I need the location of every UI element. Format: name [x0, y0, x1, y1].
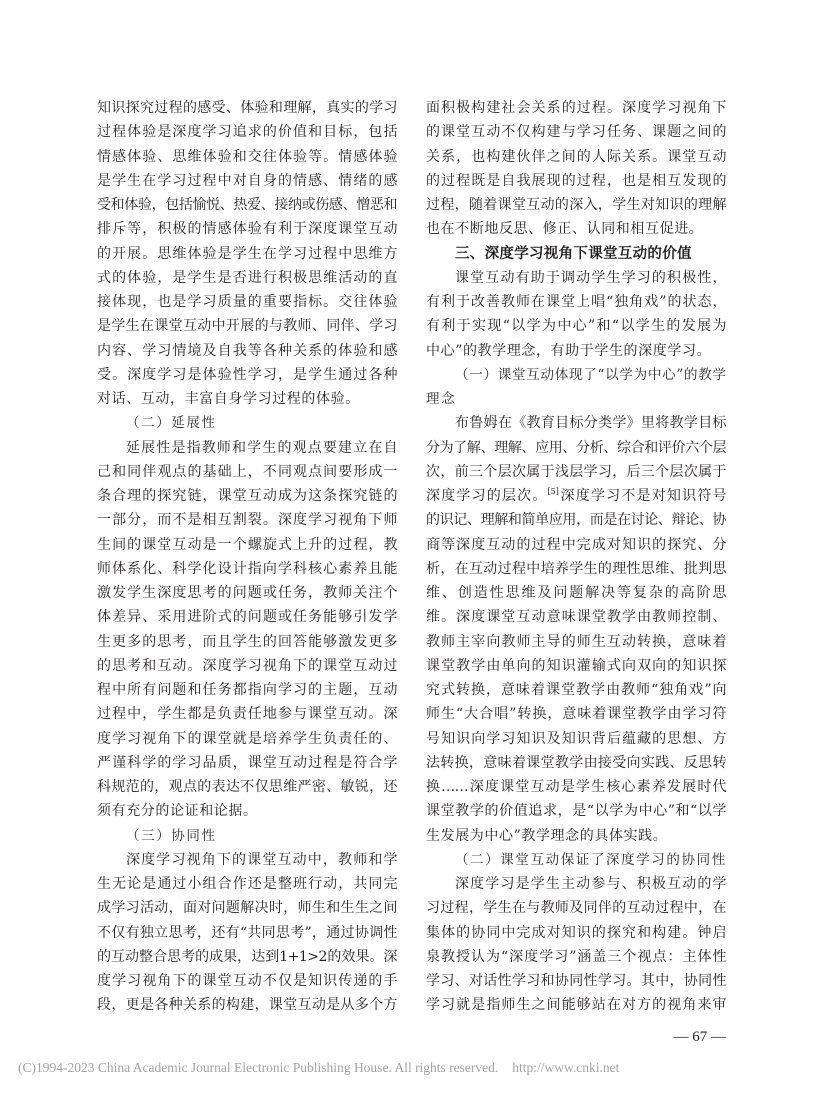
text-line: 次，前三个层次属于浅层学习，后三个层次属于: [426, 460, 726, 484]
text-line: 的互动整合思考的成果，达到1+1>2的效果。深: [97, 945, 397, 969]
text-line: 维。深度课堂互动意味课堂教学由教师控制、: [426, 605, 726, 629]
page-number: — 67 —: [674, 1027, 727, 1047]
text-line: 延展性是指教师和学生的观点要建立在自: [97, 436, 397, 460]
text-line: 课堂互动有助于调动学生学习的积极性，: [426, 266, 726, 290]
text-line: 生无论是通过小组合作还是整班行动，共同完: [97, 872, 397, 896]
text-line: 不仅有独立思考，还有“共同思考”，通过协调性: [97, 921, 397, 945]
subheading-learning-centered: （一）课堂互动体现了“以学为中心”的教学 理念: [426, 363, 726, 412]
text-line: 过程中，学生都是负责任地参与课堂互动。深: [97, 702, 397, 726]
text-line: 有利于改善教师在课堂上唱“独角戏”的状态，: [426, 290, 726, 314]
text-line: 生更多的思考，而且学生的回答能够激发更多: [97, 630, 397, 654]
text-line: 法转换，意味着课堂教学由接受向实践、反思转: [426, 751, 726, 775]
text-line: 商等深度互动的过程中完成对知识的探究、分: [426, 533, 726, 557]
text-line: 面积极构建社会关系的过程。深度学习视角下: [426, 96, 726, 120]
paragraph: 布鲁姆在《教育目标分类学》里将教学目标 分为了解、理解、应用、分析、综合和评价六…: [426, 411, 726, 848]
text-line: 度学习视角下的课堂互动不仅是知识传递的手: [97, 969, 397, 993]
paragraph: 深度学习视角下的课堂互动中，教师和学 生无论是通过小组合作还是整班行动，共同完 …: [97, 848, 397, 1018]
text-line: 过程体验是深度学习追求的价值和目标，包括: [97, 120, 397, 144]
text-line: 己和同伴观点的基础上，不同观点间要形成一: [97, 460, 397, 484]
text-line: 生间的课堂互动是一个螺旋式上升的过程，教: [97, 533, 397, 557]
paragraph: 面积极构建社会关系的过程。深度学习视角下 的课堂互动不仅构建与学习任务、课题之间…: [426, 96, 726, 242]
copyright-footer: (C)1994-2023 China Academic Journal Elec…: [18, 1059, 619, 1077]
citation-marker: [5]: [548, 487, 559, 496]
text-fragment: 深度学习不是对知识符号: [559, 488, 726, 504]
text-line: 受。深度学习是体验性学习，是学生通过各种: [97, 363, 397, 387]
text-line: 师体系化、科学化设计指向学科核心素养且能: [97, 557, 397, 581]
text-line: 段，更是各种关系的构建，课堂互动是从多个方: [97, 993, 397, 1017]
text-line: 情感体验、思维体验和交往体验等。情感体验: [97, 145, 397, 169]
text-line: 课堂教学由单向的知识灌输式向双向的知识探: [426, 654, 726, 678]
subheading-synergy: （三）协同性: [97, 824, 397, 848]
text-line: 受和体验，包括愉悦、热爱、接纳或伤感、憎恶和: [97, 193, 397, 217]
subheading-line: 理念: [426, 387, 726, 411]
text-line: 教师主宰向教师主导的师生互动转换，意味着: [426, 630, 726, 654]
footer-url: http://www.cnki.net: [512, 1060, 619, 1075]
text-line: 集体的协同中完成对知识的探究和构建。钟启: [426, 921, 726, 945]
subheading-line: （一）课堂互动体现了“以学为中心”的教学: [426, 363, 726, 387]
text-line: 一部分，而不是相互割裂。深度学习视角下师: [97, 508, 397, 532]
text-line: 的过程既是自我展现的过程，也是相互发现的: [426, 169, 726, 193]
text-line: 关系，也构建伙伴之间的人际关系。课堂互动: [426, 145, 726, 169]
text-line: 有利于实现“以学为中心”和“以学生的发展为: [426, 314, 726, 338]
text-fragment: 深度学习的层次。: [426, 488, 548, 504]
text-line: 接体现，也是学习质量的重要指标。交往体验: [97, 290, 397, 314]
text-line: 严谨科学的学习品质，课堂互动过程是符合学: [97, 751, 397, 775]
text-line: 生发展为中心”教学理念的具体实践。: [426, 824, 726, 848]
subheading-line: （二）课堂互动保证了深度学习的协同性: [426, 848, 726, 872]
paragraph: 课堂互动有助于调动学生学习的积极性， 有利于改善教师在课堂上唱“独角戏”的状态，…: [426, 266, 726, 363]
text-line: 的开展。思维体验是学生在学习过程中思维方: [97, 242, 397, 266]
left-column: 知识探究过程的感受、体验和理解，真实的学习 过程体验是深度学习追求的价值和目标，…: [97, 96, 397, 1018]
text-line: 须有充分的论证和论据。: [97, 799, 397, 823]
text-line: 中心”的教学理念，有助于学生的深度学习。: [426, 339, 726, 363]
text-line: 号知识向学习知识及知识背后蕴藏的思想、方: [426, 727, 726, 751]
text-line: 课堂教学的价值追求，是“以学为中心”和“以学: [426, 799, 726, 823]
text-line: 科规范的，观点的表达不仅思维严密、敏锐，还: [97, 775, 397, 799]
text-line: 学习、对话性学习和协同性学习。其中，协同性: [426, 969, 726, 993]
copyright-text: (C)1994-2023 China Academic Journal Elec…: [18, 1060, 498, 1075]
paragraph: 深度学习是学生主动参与、积极互动的学 习过程，学生在与教师及同伴的互动过程中，在…: [426, 872, 726, 1018]
text-line: 也在不断地反思、修正、认同和相互促进。: [426, 217, 726, 241]
text-line: 维、创造性思维及问题解决等复杂的高阶思: [426, 581, 726, 605]
text-line: 布鲁姆在《教育目标分类学》里将教学目标: [426, 411, 726, 435]
text-line: 的思考和互动。深度学习视角下的课堂互动过: [97, 654, 397, 678]
text-line: 式的体验，是学生是否进行积极思维活动的直: [97, 266, 397, 290]
text-line-with-citation: 深度学习的层次。[5]深度学习不是对知识符号: [426, 484, 726, 508]
subheading-synergy-guarantee: （二）课堂互动保证了深度学习的协同性: [426, 848, 726, 872]
text-line: 深度学习视角下的课堂互动中，教师和学: [97, 848, 397, 872]
text-line: 习过程，学生在与教师及同伴的互动过程中，在: [426, 896, 726, 920]
text-line: 条合理的探究链，课堂互动成为这条探究链的: [97, 484, 397, 508]
text-line: 程中所有问题和任务都指向学习的主题，互动: [97, 678, 397, 702]
text-line: 排斥等，积极的情感体验有利于深度课堂互动: [97, 217, 397, 241]
text-line: 泉教授认为“深度学习”涵盖三个视点：主体性: [426, 945, 726, 969]
text-line: 师生“大合唱”转换，意味着课堂教学由学习符: [426, 702, 726, 726]
text-line: 知识探究过程的感受、体验和理解，真实的学习: [97, 96, 397, 120]
text-line: 深度学习是学生主动参与、积极互动的学: [426, 872, 726, 896]
paragraph: 延展性是指教师和学生的观点要建立在自 己和同伴观点的基础上，不同观点间要形成一 …: [97, 436, 397, 824]
text-line: 分为了解、理解、应用、分析、综合和评价六个层: [426, 436, 726, 460]
text-line: 的识记、理解和简单应用，而是在讨论、辩论、协: [426, 508, 726, 532]
subheading-extensibility: （二）延展性: [97, 411, 397, 435]
text-line: 内容、学习情境及自我等各种关系的体验和感: [97, 339, 397, 363]
text-line: 激发学生深度思考的问题或任务，教师关注个: [97, 581, 397, 605]
text-line: 的课堂互动不仅构建与学习任务、课题之间的: [426, 120, 726, 144]
text-line: 是学生在课堂互动中开展的与教师、同伴、学习: [97, 314, 397, 338]
text-line: 是学生在学习过程中对自身的情感、情绪的感: [97, 169, 397, 193]
section-heading: 三、深度学习视角下课堂互动的价值: [426, 242, 726, 266]
text-line: 度学习视角下的课堂就是培养学生负责任的、: [97, 727, 397, 751]
right-column: 面积极构建社会关系的过程。深度学习视角下 的课堂互动不仅构建与学习任务、课题之间…: [426, 96, 726, 1018]
paragraph: 知识探究过程的感受、体验和理解，真实的学习 过程体验是深度学习追求的价值和目标，…: [97, 96, 397, 411]
text-line: 学习就是指师生之间能够站在对方的视角来审: [426, 993, 726, 1017]
text-line: 体差异、采用进阶式的问题或任务能够引发学: [97, 605, 397, 629]
text-line: 过程，随着课堂互动的深入，学生对知识的理解: [426, 193, 726, 217]
text-line: 对话、互动，丰富自身学习过程的体验。: [97, 387, 397, 411]
text-line: 析，在互动过程中培养学生的理性思维、批判思: [426, 557, 726, 581]
text-line: 究式转换，意味着课堂教学由教师“独角戏”向: [426, 678, 726, 702]
text-line: 换……深度课堂互动是学生核心素养发展时代: [426, 775, 726, 799]
text-line: 成学习活动，面对问题解决时，师生和生生之间: [97, 896, 397, 920]
